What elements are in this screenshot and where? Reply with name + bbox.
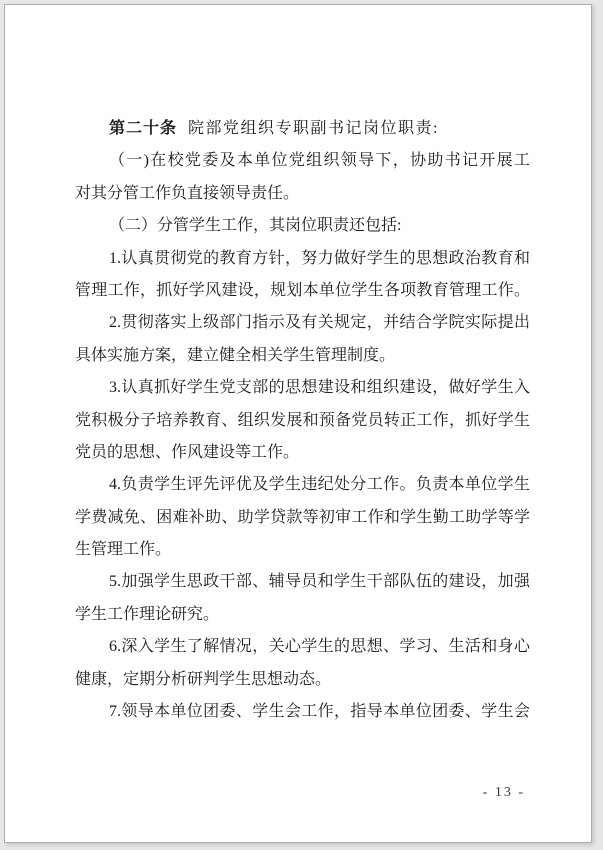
- text-line: 对其分管工作负直接领导责任。: [75, 178, 530, 210]
- text-line: 1.认真贯彻党的教育方针，努力做好学生的思想政治教育和: [75, 243, 530, 275]
- text-line: 6.深入学生了解情况，关心学生的思想、学习、生活和身心: [75, 631, 530, 663]
- page-number: - 13 -: [483, 785, 525, 801]
- text-line: （二）分管学生工作，其岗位职责还包括:: [75, 210, 530, 242]
- text-line: （一)在校党委及本单位党组织领导下，协助书记开展工作，: [75, 145, 530, 177]
- text-line: 7.领导本单位团委、学生会工作，指导本单位团委、学生会: [75, 696, 530, 728]
- text-line: 学生工作理论研究。: [75, 599, 530, 631]
- text-line: 3.认真抓好学生党支部的思想建设和组织建设，做好学生入: [75, 372, 530, 404]
- text-line: 4.负责学生评先评优及学生违纪处分工作。负责本单位学生: [75, 469, 530, 501]
- text-line: 党员的思想、作风建设等工作。: [75, 437, 530, 469]
- article-title: 院部党组织专职副书记岗位职责:: [188, 120, 439, 137]
- text-line: 健康，定期分析研判学生思想动态。: [75, 664, 530, 696]
- article-number: 第二十条: [109, 120, 177, 137]
- text-line: 具体实施方案，建立健全相关学生管理制度。: [75, 340, 530, 372]
- text-line: 2.贯彻落实上级部门指示及有关规定，并结合学院实际提出: [75, 307, 530, 339]
- document-content: 第二十条院部党组织专职副书记岗位职责: （一)在校党委及本单位党组织领导下，协助…: [75, 113, 530, 728]
- article-heading: 第二十条院部党组织专职副书记岗位职责:: [75, 113, 530, 145]
- document-viewer-background: 第二十条院部党组织专职副书记岗位职责: （一)在校党委及本单位党组织领导下，协助…: [0, 0, 603, 850]
- text-line: 生管理工作。: [75, 534, 530, 566]
- document-page: 第二十条院部党组织专职副书记岗位职责: （一)在校党委及本单位党组织领导下，协助…: [4, 4, 592, 843]
- document-lines: （一)在校党委及本单位党组织领导下，协助书记开展工作，对其分管工作负直接领导责任…: [75, 145, 530, 728]
- text-line: 学费减免、困难补助、助学贷款等初审工作和学生勤工助学等学: [75, 502, 530, 534]
- text-line: 党积极分子培养教育、组织发展和预备党员转正工作，抓好学生: [75, 405, 530, 437]
- text-line: 5.加强学生思政干部、辅导员和学生干部队伍的建设，加强: [75, 566, 530, 598]
- text-line: 管理工作，抓好学风建设，规划本单位学生各项教育管理工作。: [75, 275, 530, 307]
